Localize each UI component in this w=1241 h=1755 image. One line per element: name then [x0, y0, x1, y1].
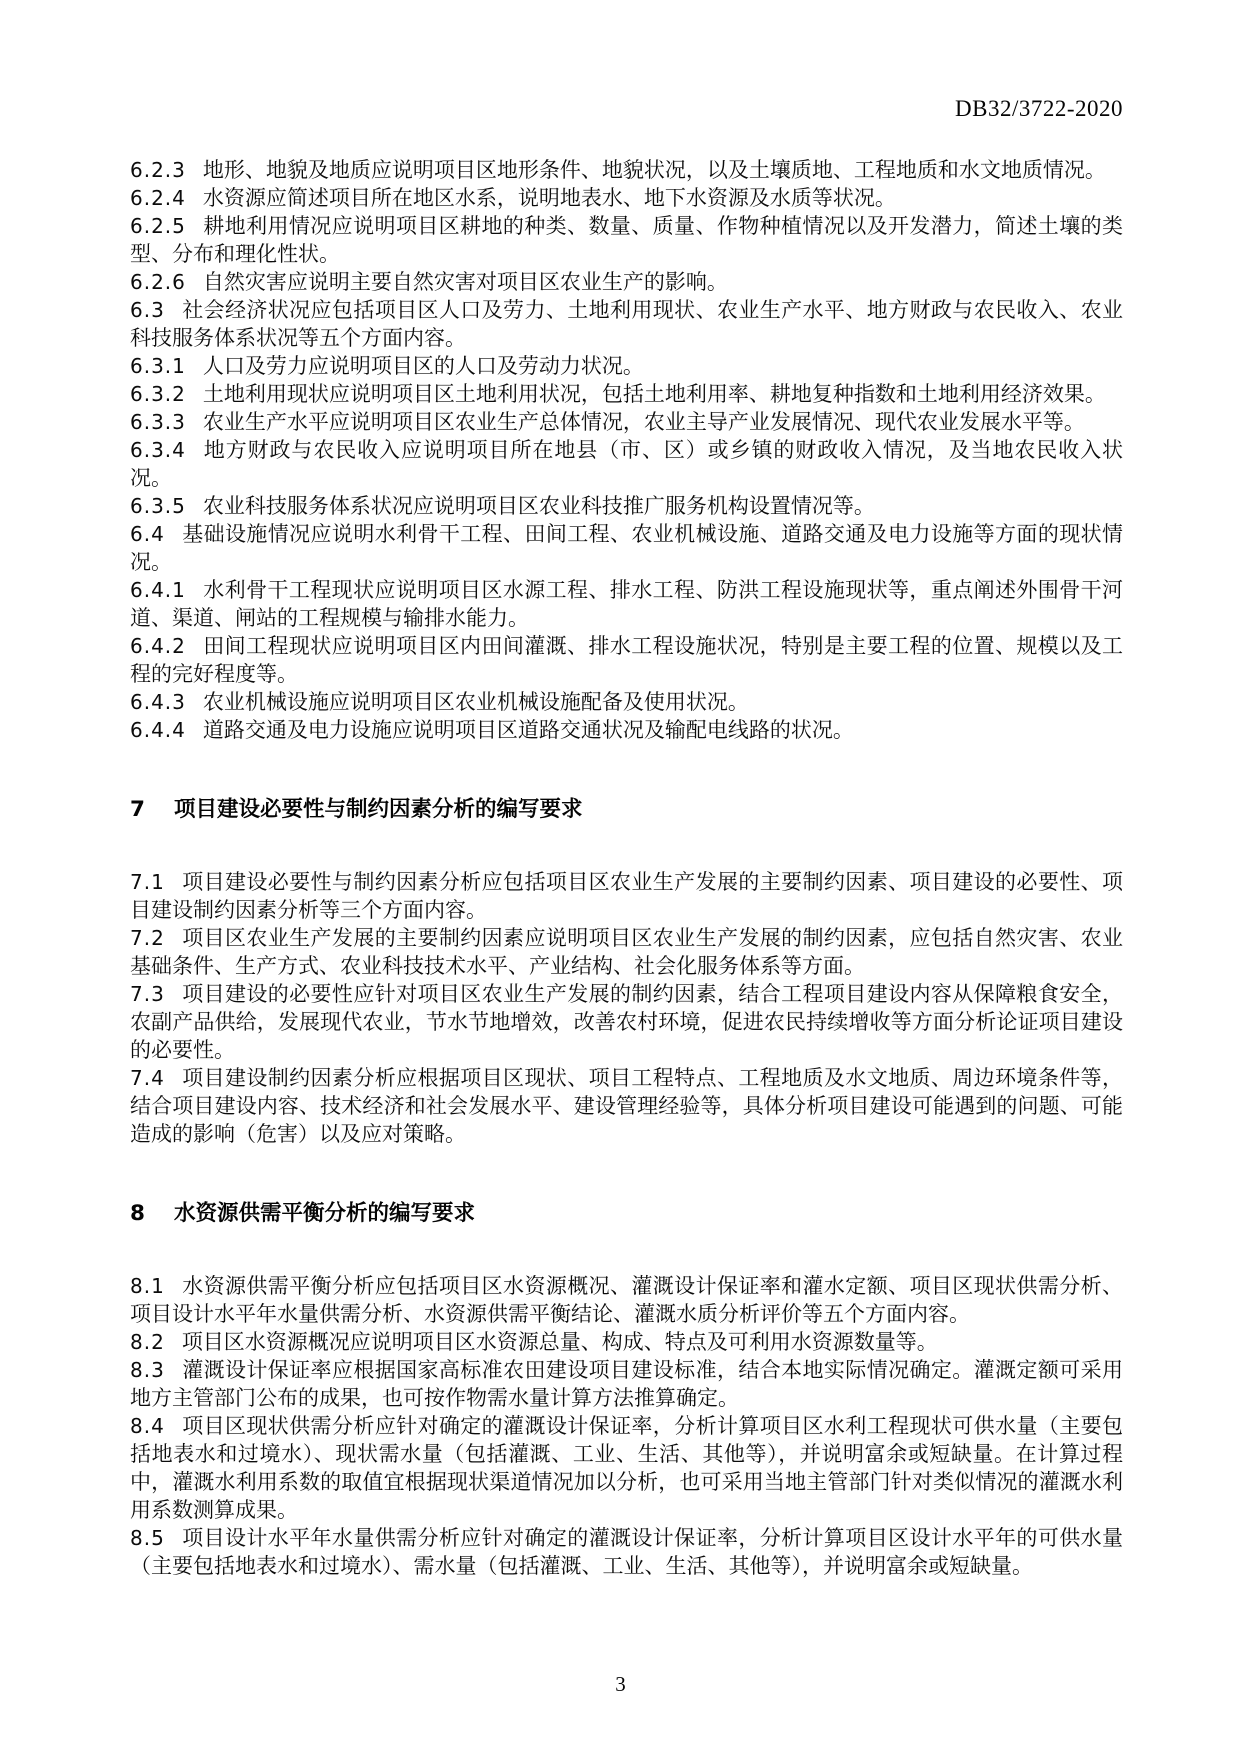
clause-text: 农业科技服务体系状况应说明项目区农业科技推广服务机构设置情况等。 — [203, 494, 875, 518]
clause-text: 项目建设的必要性应针对项目区农业生产发展的制约因素，结合工程项目建设内容从保障粮… — [130, 982, 1123, 1062]
clause-8-2: 8.2项目区水资源概况应说明项目区水资源总量、构成、特点及可利用水资源数量等。 — [130, 1328, 1123, 1356]
clause-number: 6.4.4 — [130, 718, 186, 742]
clause-number: 6.4.2 — [130, 634, 186, 658]
clause-number: 6.4.1 — [130, 578, 186, 602]
clause-6-3: 6.3社会经济状况应包括项目区人口及劳力、土地利用现状、农业生产水平、地方财政与… — [130, 296, 1123, 352]
clause-number: 6.4.3 — [130, 690, 186, 714]
clause-text: 水利骨干工程现状应说明项目区水源工程、排水工程、防洪工程设施现状等，重点阐述外围… — [130, 578, 1123, 630]
clause-text: 项目区现状供需分析应针对确定的灌溉设计保证率，分析计算项目区水利工程现状可供水量… — [130, 1414, 1123, 1522]
clause-number: 6.3.3 — [130, 410, 186, 434]
clause-6-3-2: 6.3.2土地利用现状应说明项目区土地利用状况，包括土地利用率、耕地复种指数和土… — [130, 380, 1123, 408]
clause-text: 地方财政与农民收入应说明项目所在地县（市、区）或乡镇的财政收入情况，及当地农民收… — [130, 438, 1123, 490]
section-7-heading: 7项目建设必要性与制约因素分析的编写要求 — [130, 796, 1123, 824]
clause-number: 7.4 — [130, 1066, 165, 1090]
clause-text: 社会经济状况应包括项目区人口及劳力、土地利用现状、农业生产水平、地方财政与农民收… — [130, 298, 1123, 350]
clause-number: 6.2.4 — [130, 186, 186, 210]
clause-7-2: 7.2项目区农业生产发展的主要制约因素应说明项目区农业生产发展的制约因素，应包括… — [130, 924, 1123, 980]
clause-number: 8.3 — [130, 1358, 165, 1382]
clause-text: 项目建设制约因素分析应根据项目区现状、项目工程特点、工程地质及水文地质、周边环境… — [130, 1066, 1123, 1146]
clause-text: 田间工程现状应说明项目区内田间灌溉、排水工程设施状况，特别是主要工程的位置、规模… — [130, 634, 1123, 686]
clause-text: 项目区水资源概况应说明项目区水资源总量、构成、特点及可利用水资源数量等。 — [182, 1330, 938, 1354]
clause-number: 8.2 — [130, 1330, 165, 1354]
clause-6-4-1: 6.4.1水利骨干工程现状应说明项目区水源工程、排水工程、防洪工程设施现状等，重… — [130, 576, 1123, 632]
clause-6-4-2: 6.4.2田间工程现状应说明项目区内田间灌溉、排水工程设施状况，特别是主要工程的… — [130, 632, 1123, 688]
clause-number: 6.2.5 — [130, 214, 186, 238]
clause-6-2-3: 6.2.3地形、地貌及地质应说明项目区地形条件、地貌状况，以及土壤质地、工程地质… — [130, 156, 1123, 184]
clause-8-3: 8.3灌溉设计保证率应根据国家高标准农田建设项目建设标准，结合本地实际情况确定。… — [130, 1356, 1123, 1412]
page-number: 3 — [0, 1672, 1241, 1697]
clause-number: 8.1 — [130, 1274, 165, 1298]
clause-number: 6.2.3 — [130, 158, 186, 182]
clause-6-4: 6.4基础设施情况应说明水利骨干工程、田间工程、农业机械设施、道路交通及电力设施… — [130, 520, 1123, 576]
clause-number: 6.3.4 — [130, 438, 186, 462]
clause-7-4: 7.4项目建设制约因素分析应根据项目区现状、项目工程特点、工程地质及水文地质、周… — [130, 1064, 1123, 1148]
clause-text: 农业生产水平应说明项目区农业生产总体情况，农业主导产业发展情况、现代农业发展水平… — [203, 410, 1085, 434]
clause-text: 自然灾害应说明主要自然灾害对项目区农业生产的影响。 — [203, 270, 728, 294]
clause-7-3: 7.3项目建设的必要性应针对项目区农业生产发展的制约因素，结合工程项目建设内容从… — [130, 980, 1123, 1064]
clause-6-3-5: 6.3.5农业科技服务体系状况应说明项目区农业科技推广服务机构设置情况等。 — [130, 492, 1123, 520]
clause-6-3-4: 6.3.4地方财政与农民收入应说明项目所在地县（市、区）或乡镇的财政收入情况，及… — [130, 436, 1123, 492]
clause-text: 基础设施情况应说明水利骨干工程、田间工程、农业机械设施、道路交通及电力设施等方面… — [130, 522, 1123, 574]
clause-number: 6.3.2 — [130, 382, 186, 406]
clause-7-1: 7.1项目建设必要性与制约因素分析应包括项目区农业生产发展的主要制约因素、项目建… — [130, 868, 1123, 924]
clause-text: 农业机械设施应说明项目区农业机械设施配备及使用状况。 — [203, 690, 749, 714]
document-page: DB32/3722-2020 6.2.3地形、地貌及地质应说明项目区地形条件、地… — [0, 0, 1241, 1755]
clause-number: 7.1 — [130, 870, 165, 894]
clause-text: 灌溉设计保证率应根据国家高标准农田建设项目建设标准，结合本地实际情况确定。灌溉定… — [130, 1358, 1123, 1410]
clause-6-3-1: 6.3.1人口及劳力应说明项目区的人口及劳动力状况。 — [130, 352, 1123, 380]
clause-number: 8.4 — [130, 1414, 165, 1438]
clause-text: 地形、地貌及地质应说明项目区地形条件、地貌状况，以及土壤质地、工程地质和水文地质… — [203, 158, 1106, 182]
clause-6-4-4: 6.4.4道路交通及电力设施应说明项目区道路交通状况及输配电线路的状况。 — [130, 716, 1123, 744]
section-title: 项目建设必要性与制约因素分析的编写要求 — [174, 797, 583, 822]
clause-text: 土地利用现状应说明项目区土地利用状况，包括土地利用率、耕地复种指数和土地利用经济… — [203, 382, 1106, 406]
clause-text: 水资源供需平衡分析应包括项目区水资源概况、灌溉设计保证率和灌水定额、项目区现状供… — [130, 1274, 1123, 1326]
clause-6-2-4: 6.2.4水资源应简述项目所在地区水系，说明地表水、地下水资源及水质等状况。 — [130, 184, 1123, 212]
doc-code-header: DB32/3722-2020 — [130, 96, 1123, 122]
clause-8-1: 8.1水资源供需平衡分析应包括项目区水资源概况、灌溉设计保证率和灌水定额、项目区… — [130, 1272, 1123, 1328]
clause-number: 7.2 — [130, 926, 165, 950]
clause-text: 道路交通及电力设施应说明项目区道路交通状况及输配电线路的状况。 — [203, 718, 854, 742]
clause-8-5: 8.5项目设计水平年水量供需分析应针对确定的灌溉设计保证率，分析计算项目区设计水… — [130, 1524, 1123, 1580]
clause-text: 项目区农业生产发展的主要制约因素应说明项目区农业生产发展的制约因素，应包括自然灾… — [130, 926, 1123, 978]
clause-6-2-6: 6.2.6自然灾害应说明主要自然灾害对项目区农业生产的影响。 — [130, 268, 1123, 296]
clause-text: 项目建设必要性与制约因素分析应包括项目区农业生产发展的主要制约因素、项目建设的必… — [130, 870, 1123, 922]
clause-text: 人口及劳力应说明项目区的人口及劳动力状况。 — [203, 354, 644, 378]
clause-6-2-5: 6.2.5耕地利用情况应说明项目区耕地的种类、数量、质量、作物种植情况以及开发潜… — [130, 212, 1123, 268]
clause-text: 项目设计水平年水量供需分析应针对确定的灌溉设计保证率，分析计算项目区设计水平年的… — [130, 1526, 1123, 1578]
clause-text: 水资源应简述项目所在地区水系，说明地表水、地下水资源及水质等状况。 — [203, 186, 896, 210]
clause-number: 6.3 — [130, 298, 165, 322]
clause-6-4-3: 6.4.3农业机械设施应说明项目区农业机械设施配备及使用状况。 — [130, 688, 1123, 716]
page-content: DB32/3722-2020 6.2.3地形、地貌及地质应说明项目区地形条件、地… — [130, 96, 1123, 1580]
clause-number: 8.5 — [130, 1526, 165, 1550]
section-number: 8 — [130, 1201, 145, 1226]
section-8-heading: 8水资源供需平衡分析的编写要求 — [130, 1200, 1123, 1228]
clause-number: 7.3 — [130, 982, 165, 1006]
clause-text: 耕地利用情况应说明项目区耕地的种类、数量、质量、作物种植情况以及开发潜力，简述土… — [130, 214, 1123, 266]
clause-8-4: 8.4项目区现状供需分析应针对确定的灌溉设计保证率，分析计算项目区水利工程现状可… — [130, 1412, 1123, 1524]
clause-number: 6.3.1 — [130, 354, 186, 378]
section-number: 7 — [130, 797, 145, 822]
section-title: 水资源供需平衡分析的编写要求 — [174, 1201, 475, 1226]
clause-number: 6.4 — [130, 522, 165, 546]
clause-number: 6.3.5 — [130, 494, 186, 518]
clause-6-3-3: 6.3.3农业生产水平应说明项目区农业生产总体情况，农业主导产业发展情况、现代农… — [130, 408, 1123, 436]
clause-number: 6.2.6 — [130, 270, 186, 294]
